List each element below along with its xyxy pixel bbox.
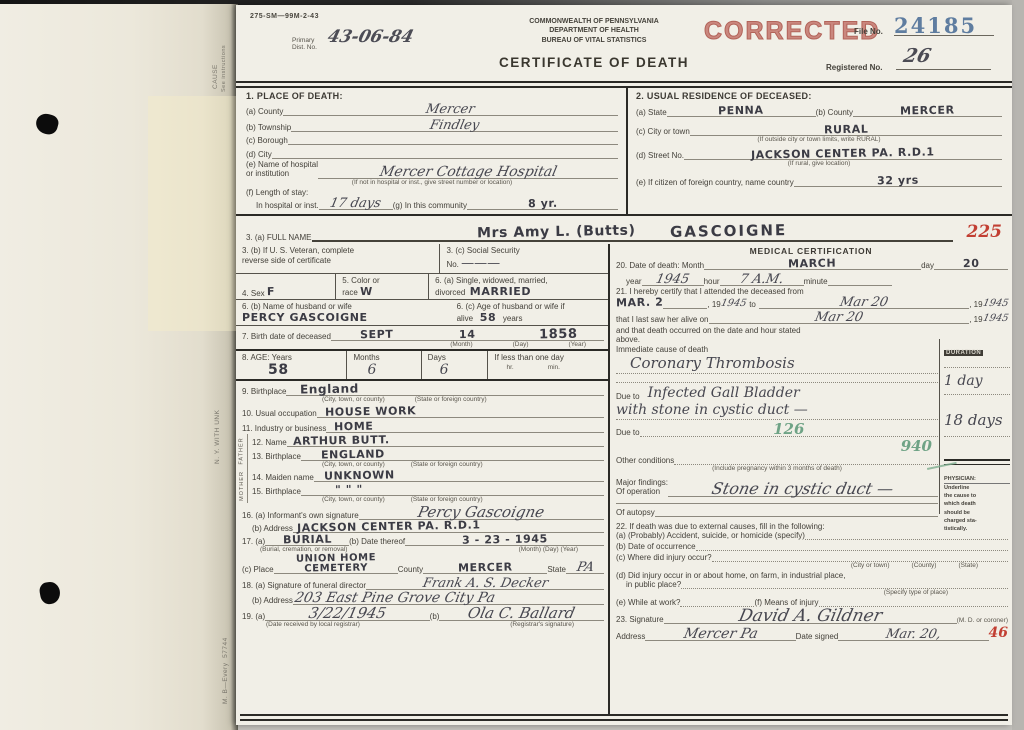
age-days-cell: Days6 [421,351,488,379]
maiden-name-row: 14. Maiden nameUNKNOWN [252,470,604,482]
age-years-cell: 8. AGE: Years58 [236,351,346,379]
certificate-header: 275-SM—99M-2-43 PrimaryDist. No. 43-06-8… [236,5,1012,81]
spouse-age-value: 58 [480,311,497,324]
spouse-age-field: 6. (c) Age of husband or wife if alive 5… [451,300,608,325]
rule-double-bottom [240,714,1008,721]
county-value: Mercer [425,103,476,116]
street-label: (d) Street No. [636,151,684,160]
township-label: (b) Township [246,123,291,132]
cause-of-death-block: Immediate cause of death Coronary Thromb… [610,345,1012,518]
punch-hole [38,580,62,605]
veteran-ssn-row: 3. (b) If U. S. Veteran, completereverse… [236,244,608,274]
state-label: (a) State [636,108,667,117]
scan-edge-right [1012,0,1024,730]
foreign-label: (e) If citizen of foreign country, name … [636,178,794,187]
received-date-value: 3/22/1945 [307,606,387,621]
physician-margin-note: PHYSICIAN:Underline the cause towhich de… [944,475,1010,534]
birthplace-row: 9. BirthplaceEngland (City, town, or cou… [236,381,608,404]
full-name-row: 3. (a) FULL NAME Mrs Amy L. (Butts) GASC… [236,214,1012,244]
mother-birthplace-value: " " " [335,484,363,495]
certificate-title: CERTIFICATE OF DEATH [486,55,702,70]
hospital-value: Mercer Cottage Hospital [378,165,558,179]
medical-header: MEDICAL CERTIFICATION [610,244,1012,256]
parents-block: FATHER MOTHER 12. NameARTHUR BUTT. 13. B… [236,434,608,503]
form-code: 275-SM—99M-2-43 [250,13,319,20]
county-label: (a) County [246,107,283,116]
duration-due1: 18 days [944,411,1003,429]
informant-address-row: (b) AddressJACKSON CENTER PA. R.D.1 [236,521,608,534]
backing-page: CAUSE See instructions N. Y. WITH UNK M.… [0,4,238,730]
birth-year: 1858 [539,328,578,342]
spouse-name-value: PERCY GASCOIGNE [242,311,368,324]
other-conditions-label: Other conditions [616,456,674,465]
township-value: Findley [429,119,481,132]
registered-no-underline [896,69,991,70]
physician-address: Mercer Pa [682,627,759,641]
spouse-name-field: 6. (b) Name of husband or wife PERCY GAS… [236,300,451,325]
burial-date-label: (b) Date thereof [349,537,405,546]
burial-date-value: 3 - 23 - 1945 [462,533,548,545]
father-name-value: ARTHUR BUTT. [293,434,390,447]
father-birthplace-row: 13. BirthplaceENGLAND [252,449,604,461]
bureau-line: BUREAU OF VITAL STATISTICS [484,36,704,45]
primary-dist-label: PrimaryDist. No. [292,37,317,51]
borough-label: (c) Borough [246,136,288,145]
agency-block: COMMONWEALTH OF PENNSYLVANIA DEPARTMENT … [484,17,704,45]
marital-field: 6. (a) Single, widowed, married, divorce… [428,274,608,299]
age-months-cell: Months6 [346,351,420,379]
due-to-1-line1: Infected Gall Bladder [648,385,800,401]
registrar-row: 19. (a) 3/22/1945 (b) Ola C. Ballard (Da… [236,606,608,629]
tape-stain [148,96,236,331]
director-signature: Frank A. S. Decker [421,577,549,590]
birth-month: SEPT [360,329,394,341]
director-address-value: 203 East Pine Grove City Pa [293,591,496,605]
commonwealth-line: COMMONWEALTH OF PENNSYLVANIA [484,17,704,26]
res-city-value: RURAL [824,124,869,136]
file-no-label: File No. [854,27,883,36]
director-row: 18. (a) Signature of funeral directorFra… [236,575,608,591]
dod-hour: 7 A.M. [739,273,785,286]
age-years-value: 58 [268,362,289,378]
operation-findings-value: Stone in cystic duct — [711,481,896,497]
margin-vertical-text: See instructions [221,45,227,92]
margin-vertical-text: N. Y. WITH UNK [214,410,221,464]
stay-label: (f) Length of stay: [246,188,618,197]
margin-vertical-text: CAUSE [212,64,219,89]
spouse-row: 6. (b) Name of husband or wife PERCY GAS… [236,300,608,326]
state-value: PENNA [718,105,764,117]
age-row: 8. AGE: Years58 Months6 Days6 If less th… [236,351,608,381]
sex-field: 4. Sex F [236,274,335,299]
birthplace-label: 9. Birthplace [242,387,286,396]
full-name-label: 3. (a) FULL NAME [246,233,312,242]
street-value: JACKSON CENTER PA. R.D.1 [751,146,935,160]
attended-to: Mar 20 [839,296,890,309]
attended-from-year: 1945 [720,298,748,309]
stay-in-value: 17 days [329,197,383,210]
registered-number: 26 [904,45,930,67]
duration-column: DURATION 1 day 18 days PHYSICIAN:Underli… [939,339,1012,514]
last-saw-date: Mar 20 [813,311,864,324]
punch-hole [34,111,60,136]
industry-label: 11. Industry or business [242,424,326,433]
informant-address-value: JACKSON CENTER PA. R.D.1 [297,519,481,533]
industry-row: 11. Industry or businessHOME [236,419,608,434]
margin-vertical-text: M. B—Every 57744 [222,637,229,704]
father-side-label: FATHER [239,437,245,464]
informant-row: 16. (a) Informant's own signaturePercy G… [236,503,608,521]
section-place-of-death: 1. PLACE OF DEATH: (a) CountyMercer (b) … [236,88,626,214]
attended-to-year: 1945 [981,298,1009,309]
color-race-field: 5. Color orrace W [335,274,428,299]
stay-comm-label: (g) In this community [393,201,467,210]
medical-certification: MEDICAL CERTIFICATION 20. Date of death:… [608,244,1012,714]
dod-year: 1945 [655,273,691,286]
birthdate-row: 7. Birth date of deceased SEPT 14 1858 (… [236,326,608,351]
duration-label: DURATION [944,350,983,356]
foreign-value: 32 yrs [877,175,919,187]
file-no-underline [894,35,994,36]
burial-value: BURIAL [283,533,332,545]
age-months-value: 6 [367,362,376,378]
autopsy-label: Of autopsy [616,508,655,517]
attended-row: 21. I hereby certify that I attended the… [610,287,1012,345]
cemetery-state-value: PA [575,561,595,574]
date-of-death-row: 20. Date of death: Month MARCH day 20 ye… [610,256,1012,287]
registered-no-label: Registered No. [826,63,882,72]
registrar-signature: Ola C. Ballard [467,606,577,621]
red-year-mark: 46 [989,625,1008,641]
parents-side-labels: FATHER MOTHER [236,434,248,503]
full-name-given: Mrs Amy L. (Butts) [477,223,636,240]
birthplace-value: England [300,382,359,395]
age-days-value: 6 [440,362,449,378]
industry-value: HOME [334,421,374,433]
rule-double [236,81,1012,88]
sex-value: F [267,285,275,298]
place-residence-row: 1. PLACE OF DEATH: (a) CountyMercer (b) … [236,88,1012,214]
stay-in-label: In hospital or inst. [256,201,319,210]
dod-month: MARCH [788,257,836,269]
cemetery-county-value: MERCER [458,561,513,573]
green-code-1: 126 [773,422,804,437]
duration-immediate: 1 day [944,373,983,389]
occupation-value: HOUSE WORK [325,405,416,418]
color-race-value: W [360,285,373,298]
full-name-surname: GASCOIGNE [670,223,787,240]
maiden-name-value: UNKNOWN [324,469,395,481]
section1-header: 1. PLACE OF DEATH: [246,91,618,101]
major-findings-label: Major findings:Of operation [616,478,668,497]
veteran-note: 3. (b) If U. S. Veteran, completereverse… [236,244,439,273]
department-line: DEPARTMENT OF HEALTH [484,26,704,35]
section-usual-residence: 2. USUAL RESIDENCE OF DECEASED: (a) Stat… [626,88,1012,214]
ssn-field: 3. (c) Social Security No. ——— [439,244,608,273]
certificate-body: 3. (b) If U. S. Veteran, completereverse… [236,244,1012,714]
father-birthplace-value: ENGLAND [321,448,385,460]
physician-signature-block: 23. Signature David A. Gildner (M. D. or… [610,608,1012,642]
father-name-row: 12. NameARTHUR BUTT. [252,435,604,447]
res-city-label: (c) City or town [636,127,690,136]
mother-birthplace-row: 15. Birthplace" " " [252,484,604,496]
last-saw-year: 1945 [981,313,1009,324]
dod-day: 20 [963,257,980,268]
primary-dist-number: 43-06-84 [328,27,413,47]
certificate-sheet: 275-SM—99M-2-43 PrimaryDist. No. 43-06-8… [236,5,1012,725]
city-label: (d) City [246,150,272,159]
street-note: (If rural, give location) [636,160,1002,167]
personal-particulars: 3. (b) If U. S. Veteran, completereverse… [236,244,608,714]
scanned-death-certificate: CAUSE See instructions N. Y. WITH UNK M.… [0,0,1024,730]
birth-day: 14 [459,329,476,340]
res-county-label: (b) County [816,108,853,117]
cemetery-value: UNION HOMECEMETERY [295,553,376,574]
marital-value: MARRIED [470,285,531,298]
due-to-1-line2: with stone in cystic duct — [616,402,808,418]
ssn-value: ——— [461,256,500,271]
res-city-note: (If outside city or town limits, write R… [636,136,1002,143]
occupation-label: 10. Usual occupation [242,409,317,418]
physician-signature: David A. Gildner [737,608,883,625]
section2-header: 2. USUAL RESIDENCE OF DECEASED: [636,91,1002,101]
date-signed-value: Mar. 20, [885,628,943,641]
mother-side-label: MOTHER [239,471,245,501]
res-county-value: MERCER [900,105,955,117]
occupation-row: 10. Usual occupationHOUSE WORK [236,404,608,419]
attended-from: MAR. 2 [616,295,664,309]
stay-comm-value: 8 yr. [528,197,558,209]
hospital-label: (e) Name of hospitalor institution [246,161,318,179]
green-code-2: 940 [901,437,932,455]
red-case-number: 225 [967,222,1003,242]
informant-signature: Percy Gascoigne [417,505,546,520]
birthdate-label: 7. Birth date of deceased [242,332,331,341]
immediate-cause-label: Immediate cause of death [616,345,938,354]
age-ltday-cell: If less than one dayhr.min. [487,351,608,379]
immediate-cause-value: Coronary Thrombosis [630,354,795,372]
sex-color-marital-row: 4. Sex F 5. Color orrace W 6. (a) Single… [236,274,608,300]
duration-rule [944,459,1010,465]
burial-row: 17. (a) BURIAL (b) Date thereof 3 - 23 -… [236,534,608,575]
